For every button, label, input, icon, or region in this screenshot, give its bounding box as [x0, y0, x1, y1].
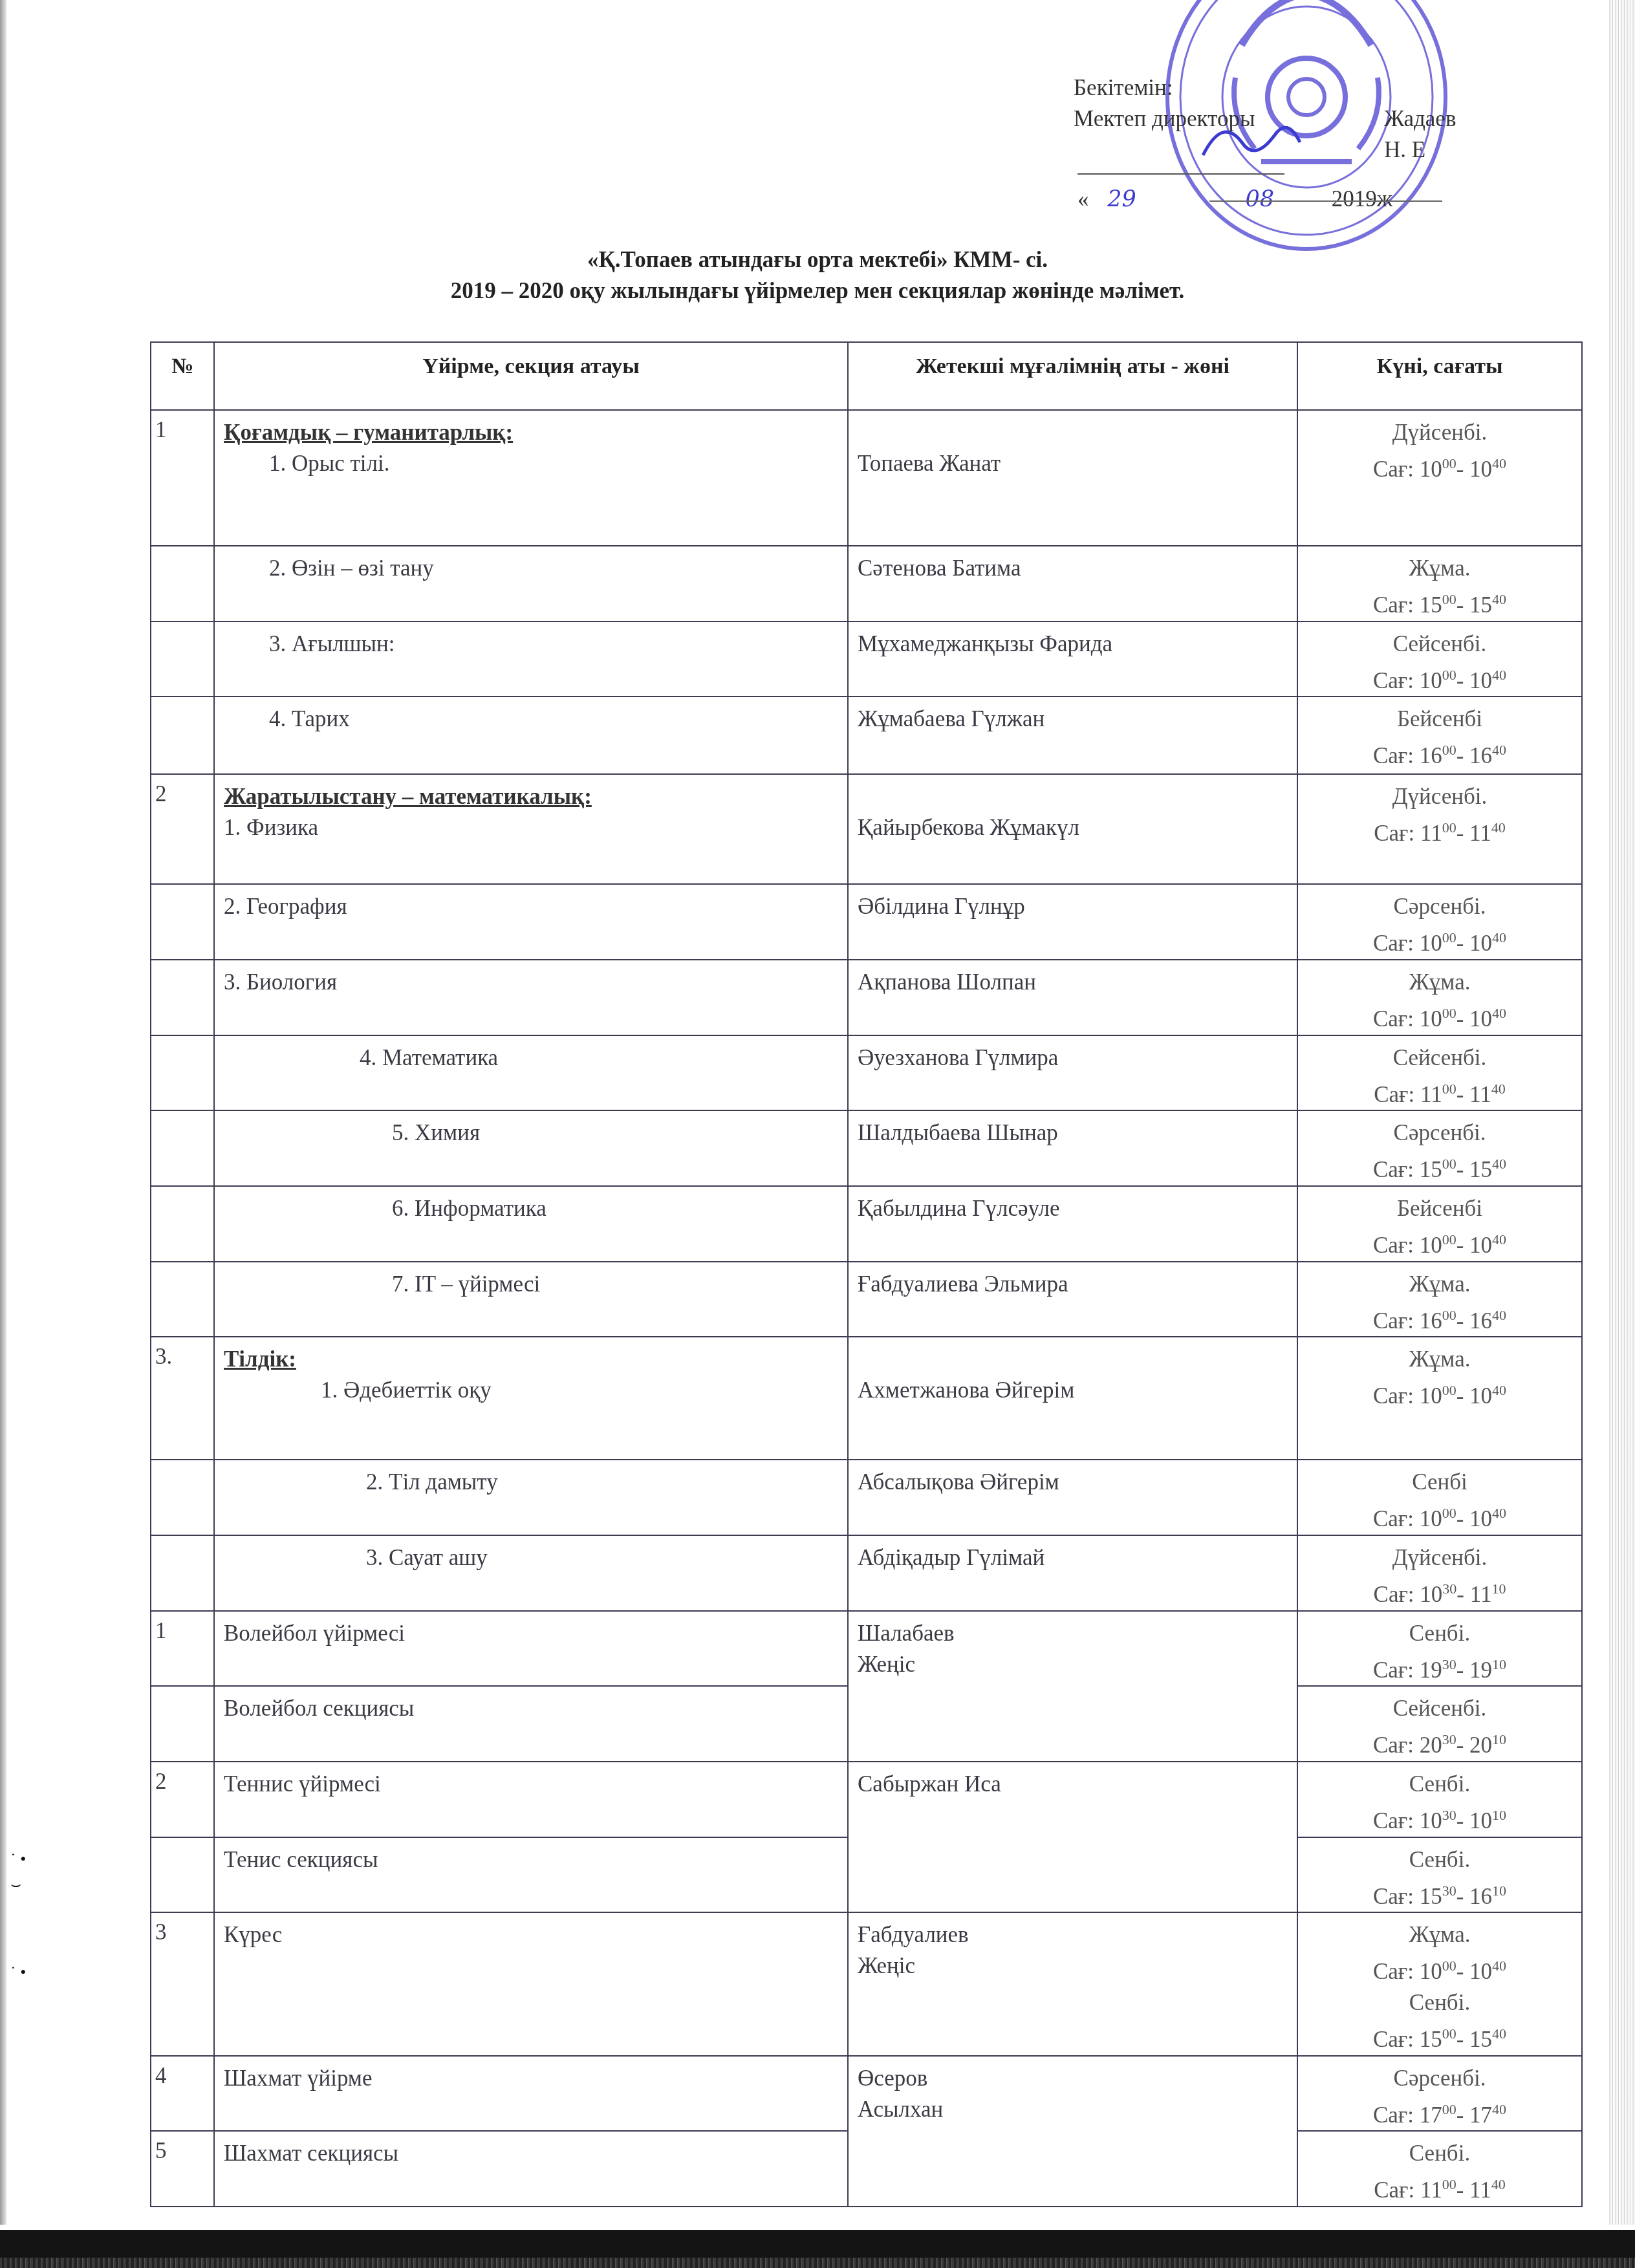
- time-range: Сағ: 1600- 1640: [1298, 1300, 1581, 1337]
- day-label: Сенбі.: [1298, 1844, 1581, 1875]
- teacher-name: Мұхамеджанқызы Фарида: [848, 621, 1297, 697]
- day-time-cell: Жұма.Сағ: 1000- 1040Сенбі.Сағ: 1500- 154…: [1297, 1912, 1582, 2055]
- day-label: Дүйсенбі.: [1298, 781, 1581, 812]
- club-name-cell: Жаратылыстану – математикалық:1. Физика: [214, 774, 848, 884]
- row-number: [151, 960, 214, 1035]
- club-name: 1. Әдебиеттік оқу: [224, 1375, 847, 1406]
- table-row: 6. ИнформатикаҚабылдина ГүлсәулеБейсенбі…: [151, 1186, 1582, 1262]
- header-number: №: [151, 342, 214, 410]
- club-name: 3. Сауат ашу: [224, 1542, 847, 1573]
- day-time-cell: Сенбі.Сағ: 1930- 1910: [1297, 1611, 1582, 1687]
- club-name-cell: Шахмат үйірме: [214, 2056, 848, 2132]
- day-time-cell: Сәрсенбі.Сағ: 1000- 1040: [1297, 884, 1582, 960]
- day-time-cell: БейсенбіСағ: 1000- 1040: [1297, 1186, 1582, 1262]
- day-label: Сәрсенбі.: [1298, 1118, 1581, 1149]
- club-name-cell: 6. Информатика: [214, 1186, 848, 1262]
- category-heading: Тілдік:: [224, 1344, 847, 1375]
- teacher-text: Сабыржан Иса: [858, 1769, 1013, 1800]
- table-row: 1Қоғамдық – гуманитарлық:1. Орыс тілі.То…: [151, 410, 1582, 546]
- category-heading: Жаратылыстану – математикалық:: [224, 781, 847, 812]
- day-time-cell: Жұма.Сағ: 1600- 1640: [1297, 1262, 1582, 1337]
- row-number: [151, 697, 214, 774]
- club-name-cell: 4. Математика: [214, 1035, 848, 1111]
- club-name-cell: 3. Сауат ашу: [214, 1535, 848, 1611]
- teacher-text: Мұхамеджанқызы Фарида: [858, 629, 1297, 660]
- scan-speck: ˙ •: [10, 1850, 26, 1869]
- club-name-cell: 3. Биология: [214, 960, 848, 1035]
- table-row: 3. Сауат ашуАбдіқадыр ГүлімайДүйсенбі.Са…: [151, 1535, 1582, 1611]
- day-label: Жұма.: [1298, 553, 1581, 584]
- club-name: 7. IT – үйірмесі: [224, 1269, 847, 1300]
- day-label: Жұма.: [1298, 1269, 1581, 1300]
- teacher-text: Өсеров Асылхан: [858, 2063, 1013, 2125]
- club-name: Теннис үйірмесі: [224, 1769, 847, 1800]
- approval-label: Бекітемін:: [1074, 72, 1255, 103]
- row-number: [151, 621, 214, 697]
- club-name: 2. Өзін – өзі тану: [224, 553, 847, 584]
- document-title: «Қ.Топаев атындағы орта мектебі» КММ- сі…: [0, 247, 1635, 273]
- time-range: Сағ: 1100- 1140: [1298, 2169, 1581, 2206]
- day-label: Сенбі: [1298, 1467, 1581, 1498]
- header-day-time: Күні, сағаты: [1297, 342, 1582, 410]
- table-row: 1Волейбол үйірмесіШалабаев ЖеңісСенбі.Са…: [151, 1611, 1582, 1687]
- club-name: 3. Биология: [224, 967, 847, 998]
- time-range: Сағ: 1530- 1610: [1298, 1875, 1581, 1912]
- date-underline: [1209, 200, 1442, 202]
- club-name: Күрес: [224, 1919, 847, 1950]
- time-range: Сағ: 1030- 1010: [1298, 1800, 1581, 1837]
- day-time-cell: СенбіСағ: 1000- 1040: [1297, 1460, 1582, 1535]
- teacher-name: Шалабаев Жеңіс: [848, 1611, 1297, 1762]
- time-range: Сағ: 1000- 1040: [1298, 448, 1581, 485]
- row-number: 1: [151, 1611, 214, 1687]
- time-range: Сағ: 1000- 1040: [1298, 1224, 1581, 1261]
- time-range: Сағ: 1030- 1110: [1298, 1573, 1581, 1610]
- club-name: 1. Орыс тілі.: [224, 448, 847, 479]
- day-time-cell: Сейсенбі.Сағ: 2030- 2010: [1297, 1686, 1582, 1762]
- time-range: Сағ: 1000- 1040: [1298, 922, 1581, 959]
- date-year: 2019ж: [1332, 186, 1392, 211]
- row-number: [151, 1837, 214, 1913]
- day-time-cell: Сенбі.Сағ: 1530- 1610: [1297, 1837, 1582, 1913]
- teacher-text: Жұмабаева Гүлжан: [858, 704, 1297, 735]
- row-number: [151, 1262, 214, 1337]
- day-label: Сенбі.: [1298, 1618, 1581, 1649]
- club-name: 6. Информатика: [224, 1193, 847, 1224]
- day-label: Жұма.: [1298, 1919, 1581, 1950]
- teacher-text: Ақпанова Шолпан: [858, 967, 1297, 998]
- teacher-name: Абсалықова Әйгерім: [848, 1460, 1297, 1535]
- time-range: Сағ: 1600- 1640: [1298, 735, 1581, 772]
- club-name-cell: 2. География: [214, 884, 848, 960]
- club-name: 4. Математика: [224, 1042, 847, 1074]
- time-range: Сағ: 1000- 1040: [1298, 1950, 1581, 1987]
- day-time-cell: Дүйсенбі.Сағ: 1100- 1140: [1297, 774, 1582, 884]
- day-label: Сенбі.: [1298, 1987, 1581, 2018]
- table-header-row: № Үйірме, секция атауы Жетекші мұғалімні…: [151, 342, 1582, 410]
- table-row: 4. МатематикаӘуезханова ГүлмираСейсенбі.…: [151, 1035, 1582, 1111]
- day-label: Сейсенбі.: [1298, 1042, 1581, 1074]
- row-number: 3: [151, 1912, 214, 2055]
- table-row: 3. БиологияАқпанова ШолпанЖұма.Сағ: 1000…: [151, 960, 1582, 1035]
- club-name-cell: Тілдік:1. Әдебиеттік оқу: [214, 1337, 848, 1460]
- teacher-text: Қабылдина Гүлсәуле: [858, 1193, 1297, 1224]
- document-subtitle: 2019 – 2020 оқу жылындағы үйірмелер мен …: [0, 278, 1635, 304]
- category-heading: Қоғамдық – гуманитарлық:: [224, 417, 847, 448]
- teacher-text: Абсалықова Әйгерім: [858, 1467, 1297, 1498]
- teacher-text: Топаева Жанат: [858, 448, 1297, 479]
- scan-left-edge: [0, 0, 6, 2225]
- teacher-name: Жұмабаева Гүлжан: [848, 697, 1297, 774]
- table-row: 4. ТарихЖұмабаева ГүлжанБейсенбіСағ: 160…: [151, 697, 1582, 774]
- row-number: [151, 1186, 214, 1262]
- day-time-cell: БейсенбіСағ: 1600- 1640: [1297, 697, 1582, 774]
- row-number: 5: [151, 2131, 214, 2207]
- table-row: 7. IT – үйірмесіҒабдуалиева ЭльмираЖұма.…: [151, 1262, 1582, 1337]
- club-name-cell: 3. Ағылшын:: [214, 621, 848, 697]
- day-label: Сенбі.: [1298, 2138, 1581, 2169]
- row-number: [151, 546, 214, 621]
- teacher-name: Ғабдуалиева Эльмира: [848, 1262, 1297, 1337]
- time-range: Сағ: 1100- 1140: [1298, 812, 1581, 849]
- row-number: [151, 884, 214, 960]
- club-name-cell: Волейбол секциясы: [214, 1686, 848, 1762]
- club-name: 2. География: [224, 891, 847, 922]
- time-range: Сағ: 1000- 1040: [1298, 998, 1581, 1035]
- teacher-name: Өсеров Асылхан: [848, 2056, 1297, 2207]
- day-time-cell: Жұма.Сағ: 1500- 1540: [1297, 546, 1582, 621]
- time-range: Сағ: 1000- 1040: [1298, 1375, 1581, 1412]
- club-name: Волейбол үйірмесі: [224, 1618, 847, 1649]
- teacher-name: Әбілдина Гүлнұр: [848, 884, 1297, 960]
- day-time-cell: Сейсенбі.Сағ: 1100- 1140: [1297, 1035, 1582, 1111]
- club-name: 1. Физика: [224, 812, 847, 843]
- club-name-cell: 2. Тіл дамыту: [214, 1460, 848, 1535]
- teacher-text: Әуезханова Гүлмира: [858, 1042, 1297, 1074]
- day-time-cell: Сәрсенбі.Сағ: 1700- 1740: [1297, 2056, 1582, 2132]
- day-time-cell: Сейсенбі.Сағ: 1000- 1040: [1297, 621, 1582, 697]
- time-range: Сағ: 1930- 1910: [1298, 1649, 1581, 1686]
- table-row: 5. ХимияШалдыбаева ШынарСәрсенбі.Сағ: 15…: [151, 1110, 1582, 1186]
- teacher-name: Ақпанова Шолпан: [848, 960, 1297, 1035]
- row-number: [151, 1460, 214, 1535]
- scan-right-edge: [1609, 0, 1635, 2225]
- clubs-schedule-table: № Үйірме, секция атауы Жетекші мұғалімні…: [150, 341, 1583, 2207]
- club-name-cell: Қоғамдық – гуманитарлық:1. Орыс тілі.: [214, 410, 848, 546]
- row-number: [151, 1035, 214, 1111]
- day-label: Сәрсенбі.: [1298, 2063, 1581, 2094]
- day-label: Дүйсенбі.: [1298, 417, 1581, 448]
- time-range: Сағ: 1500- 1540: [1298, 2018, 1581, 2055]
- table-row: 3КүресҒабдуалиев ЖеңісЖұма.Сағ: 1000- 10…: [151, 1912, 1582, 2055]
- teacher-text: Ғабдуалиева Эльмира: [858, 1269, 1297, 1300]
- day-label: Сәрсенбі.: [1298, 891, 1581, 922]
- row-number: 4: [151, 2056, 214, 2132]
- header-teacher: Жетекші мұғалімнің аты - жөні: [848, 342, 1297, 410]
- teacher-name: Ғабдуалиев Жеңіс: [848, 1912, 1297, 2055]
- teacher-name: Әуезханова Гүлмира: [848, 1035, 1297, 1111]
- date-month: 08: [1246, 186, 1275, 212]
- club-name-cell: Волейбол үйірмесі: [214, 1611, 848, 1687]
- director-name: Жадаев Н. Е: [1384, 103, 1456, 166]
- teacher-text: Әбілдина Гүлнұр: [858, 891, 1297, 922]
- teacher-text: Шалабаев Жеңіс: [858, 1618, 1013, 1680]
- club-name: Шахмат үйірме: [224, 2063, 847, 2094]
- row-number: 2: [151, 1762, 214, 1837]
- teacher-text: Шалдыбаева Шынар: [858, 1118, 1297, 1149]
- approval-date: « 29 08 2019ж: [1077, 184, 1392, 215]
- teacher-name: Сәтенова Батима: [848, 546, 1297, 621]
- teacher-name: Абдіқадыр Гүлімай: [848, 1535, 1297, 1611]
- day-label: Бейсенбі: [1298, 704, 1581, 735]
- teacher-name: Топаева Жанат: [848, 410, 1297, 546]
- club-name: Тенис секциясы: [224, 1844, 847, 1875]
- table-row: 2. Тіл дамытуАбсалықова ӘйгерімСенбіСағ:…: [151, 1460, 1582, 1535]
- time-range: Сағ: 1000- 1040: [1298, 1498, 1581, 1535]
- time-range: Сағ: 1100- 1140: [1298, 1074, 1581, 1110]
- day-time-cell: Дүйсенбі.Сағ: 1030- 1110: [1297, 1535, 1582, 1611]
- row-number: 2: [151, 774, 214, 884]
- club-name-cell: 7. IT – үйірмесі: [214, 1262, 848, 1337]
- teacher-name: Қайырбекова Жұмакүл: [848, 774, 1297, 884]
- teacher-text: Қайырбекова Жұмакүл: [858, 812, 1297, 843]
- day-label: Дүйсенбі.: [1298, 1542, 1581, 1573]
- club-name: 5. Химия: [224, 1118, 847, 1149]
- table-row: 3. Ағылшын:Мұхамеджанқызы ФаридаСейсенбі…: [151, 621, 1582, 697]
- scan-speck: ˙ •: [10, 1963, 26, 1982]
- time-range: Сағ: 1500- 1540: [1298, 1149, 1581, 1185]
- time-range: Сағ: 2030- 2010: [1298, 1724, 1581, 1761]
- scan-speck: ⌣: [10, 1875, 21, 1895]
- club-name-cell: Теннис үйірмесі: [214, 1762, 848, 1837]
- day-label: Жұма.: [1298, 967, 1581, 998]
- club-name: Волейбол секциясы: [224, 1693, 847, 1724]
- table-row: 3.Тілдік:1. Әдебиеттік оқуАхметжанова Әй…: [151, 1337, 1582, 1460]
- club-name-cell: 5. Химия: [214, 1110, 848, 1186]
- row-number: 1: [151, 410, 214, 546]
- day-time-cell: Жұма.Сағ: 1000- 1040: [1297, 1337, 1582, 1460]
- date-day: 29: [1107, 186, 1136, 212]
- day-time-cell: Дүйсенбі.Сағ: 1000- 1040: [1297, 410, 1582, 546]
- row-number: 3.: [151, 1337, 214, 1460]
- time-range: Сағ: 1000- 1040: [1298, 660, 1581, 697]
- day-time-cell: Сәрсенбі.Сағ: 1500- 1540: [1297, 1110, 1582, 1186]
- header-club-name: Үйірме, секция атауы: [214, 342, 848, 410]
- day-time-cell: Сенбі.Сағ: 1100- 1140: [1297, 2131, 1582, 2207]
- day-time-cell: Сенбі.Сағ: 1030- 1010: [1297, 1762, 1582, 1837]
- approval-block: Бекітемін: Мектеп директоры Жадаев Н. Е …: [1074, 72, 1255, 135]
- table-row: 2Теннис үйірмесіСабыржан ИсаСенбі.Сағ: 1…: [151, 1762, 1582, 1837]
- club-name: 3. Ағылшын:: [224, 629, 847, 660]
- teacher-name: Сабыржан Иса: [848, 1762, 1297, 1912]
- row-number: [151, 1535, 214, 1611]
- day-label: Сенбі.: [1298, 1769, 1581, 1800]
- table-row: 2. Өзін – өзі тануСәтенова БатимаЖұма.Са…: [151, 546, 1582, 621]
- time-range: Сағ: 1700- 1740: [1298, 2094, 1581, 2131]
- signature-line: [1077, 173, 1284, 175]
- teacher-text: Ахметжанова Әйгерім: [858, 1375, 1297, 1406]
- club-name-cell: 2. Өзін – өзі тану: [214, 546, 848, 621]
- teacher-text: Ғабдуалиев Жеңіс: [858, 1919, 1013, 1982]
- table-row: 2. ГеографияӘбілдина ГүлнұрСәрсенбі.Сағ:…: [151, 884, 1582, 960]
- club-name-cell: Шахмат секциясы: [214, 2131, 848, 2207]
- club-name: 2. Тіл дамыту: [224, 1467, 847, 1498]
- teacher-name: Қабылдина Гүлсәуле: [848, 1186, 1297, 1262]
- day-label: Бейсенбі: [1298, 1193, 1581, 1224]
- approval-position: Мектеп директоры: [1074, 103, 1255, 135]
- teacher-name: Шалдыбаева Шынар: [848, 1110, 1297, 1186]
- day-time-cell: Жұма.Сағ: 1000- 1040: [1297, 960, 1582, 1035]
- time-range: Сағ: 1500- 1540: [1298, 584, 1581, 621]
- teacher-text: Сәтенова Батима: [858, 553, 1297, 584]
- club-name-cell: Күрес: [214, 1912, 848, 2055]
- table-row: 4Шахмат үйірмеӨсеров АсылханСәрсенбі.Сағ…: [151, 2056, 1582, 2132]
- row-number: [151, 1110, 214, 1186]
- club-name-cell: 4. Тарих: [214, 697, 848, 774]
- club-name: 4. Тарих: [224, 704, 847, 735]
- row-number: [151, 1686, 214, 1762]
- teacher-text: Абдіқадыр Гүлімай: [858, 1542, 1297, 1573]
- teacher-name: Ахметжанова Әйгерім: [848, 1337, 1297, 1460]
- club-name: Шахмат секциясы: [224, 2138, 847, 2169]
- day-label: Жұма.: [1298, 1344, 1581, 1375]
- day-label: Сейсенбі.: [1298, 629, 1581, 660]
- table-row: 2Жаратылыстану – математикалық:1. Физика…: [151, 774, 1582, 884]
- club-name-cell: Тенис секциясы: [214, 1837, 848, 1913]
- date-quote: «: [1077, 186, 1089, 211]
- scan-bottom-edge: [0, 2230, 1635, 2268]
- day-label: Сейсенбі.: [1298, 1693, 1581, 1724]
